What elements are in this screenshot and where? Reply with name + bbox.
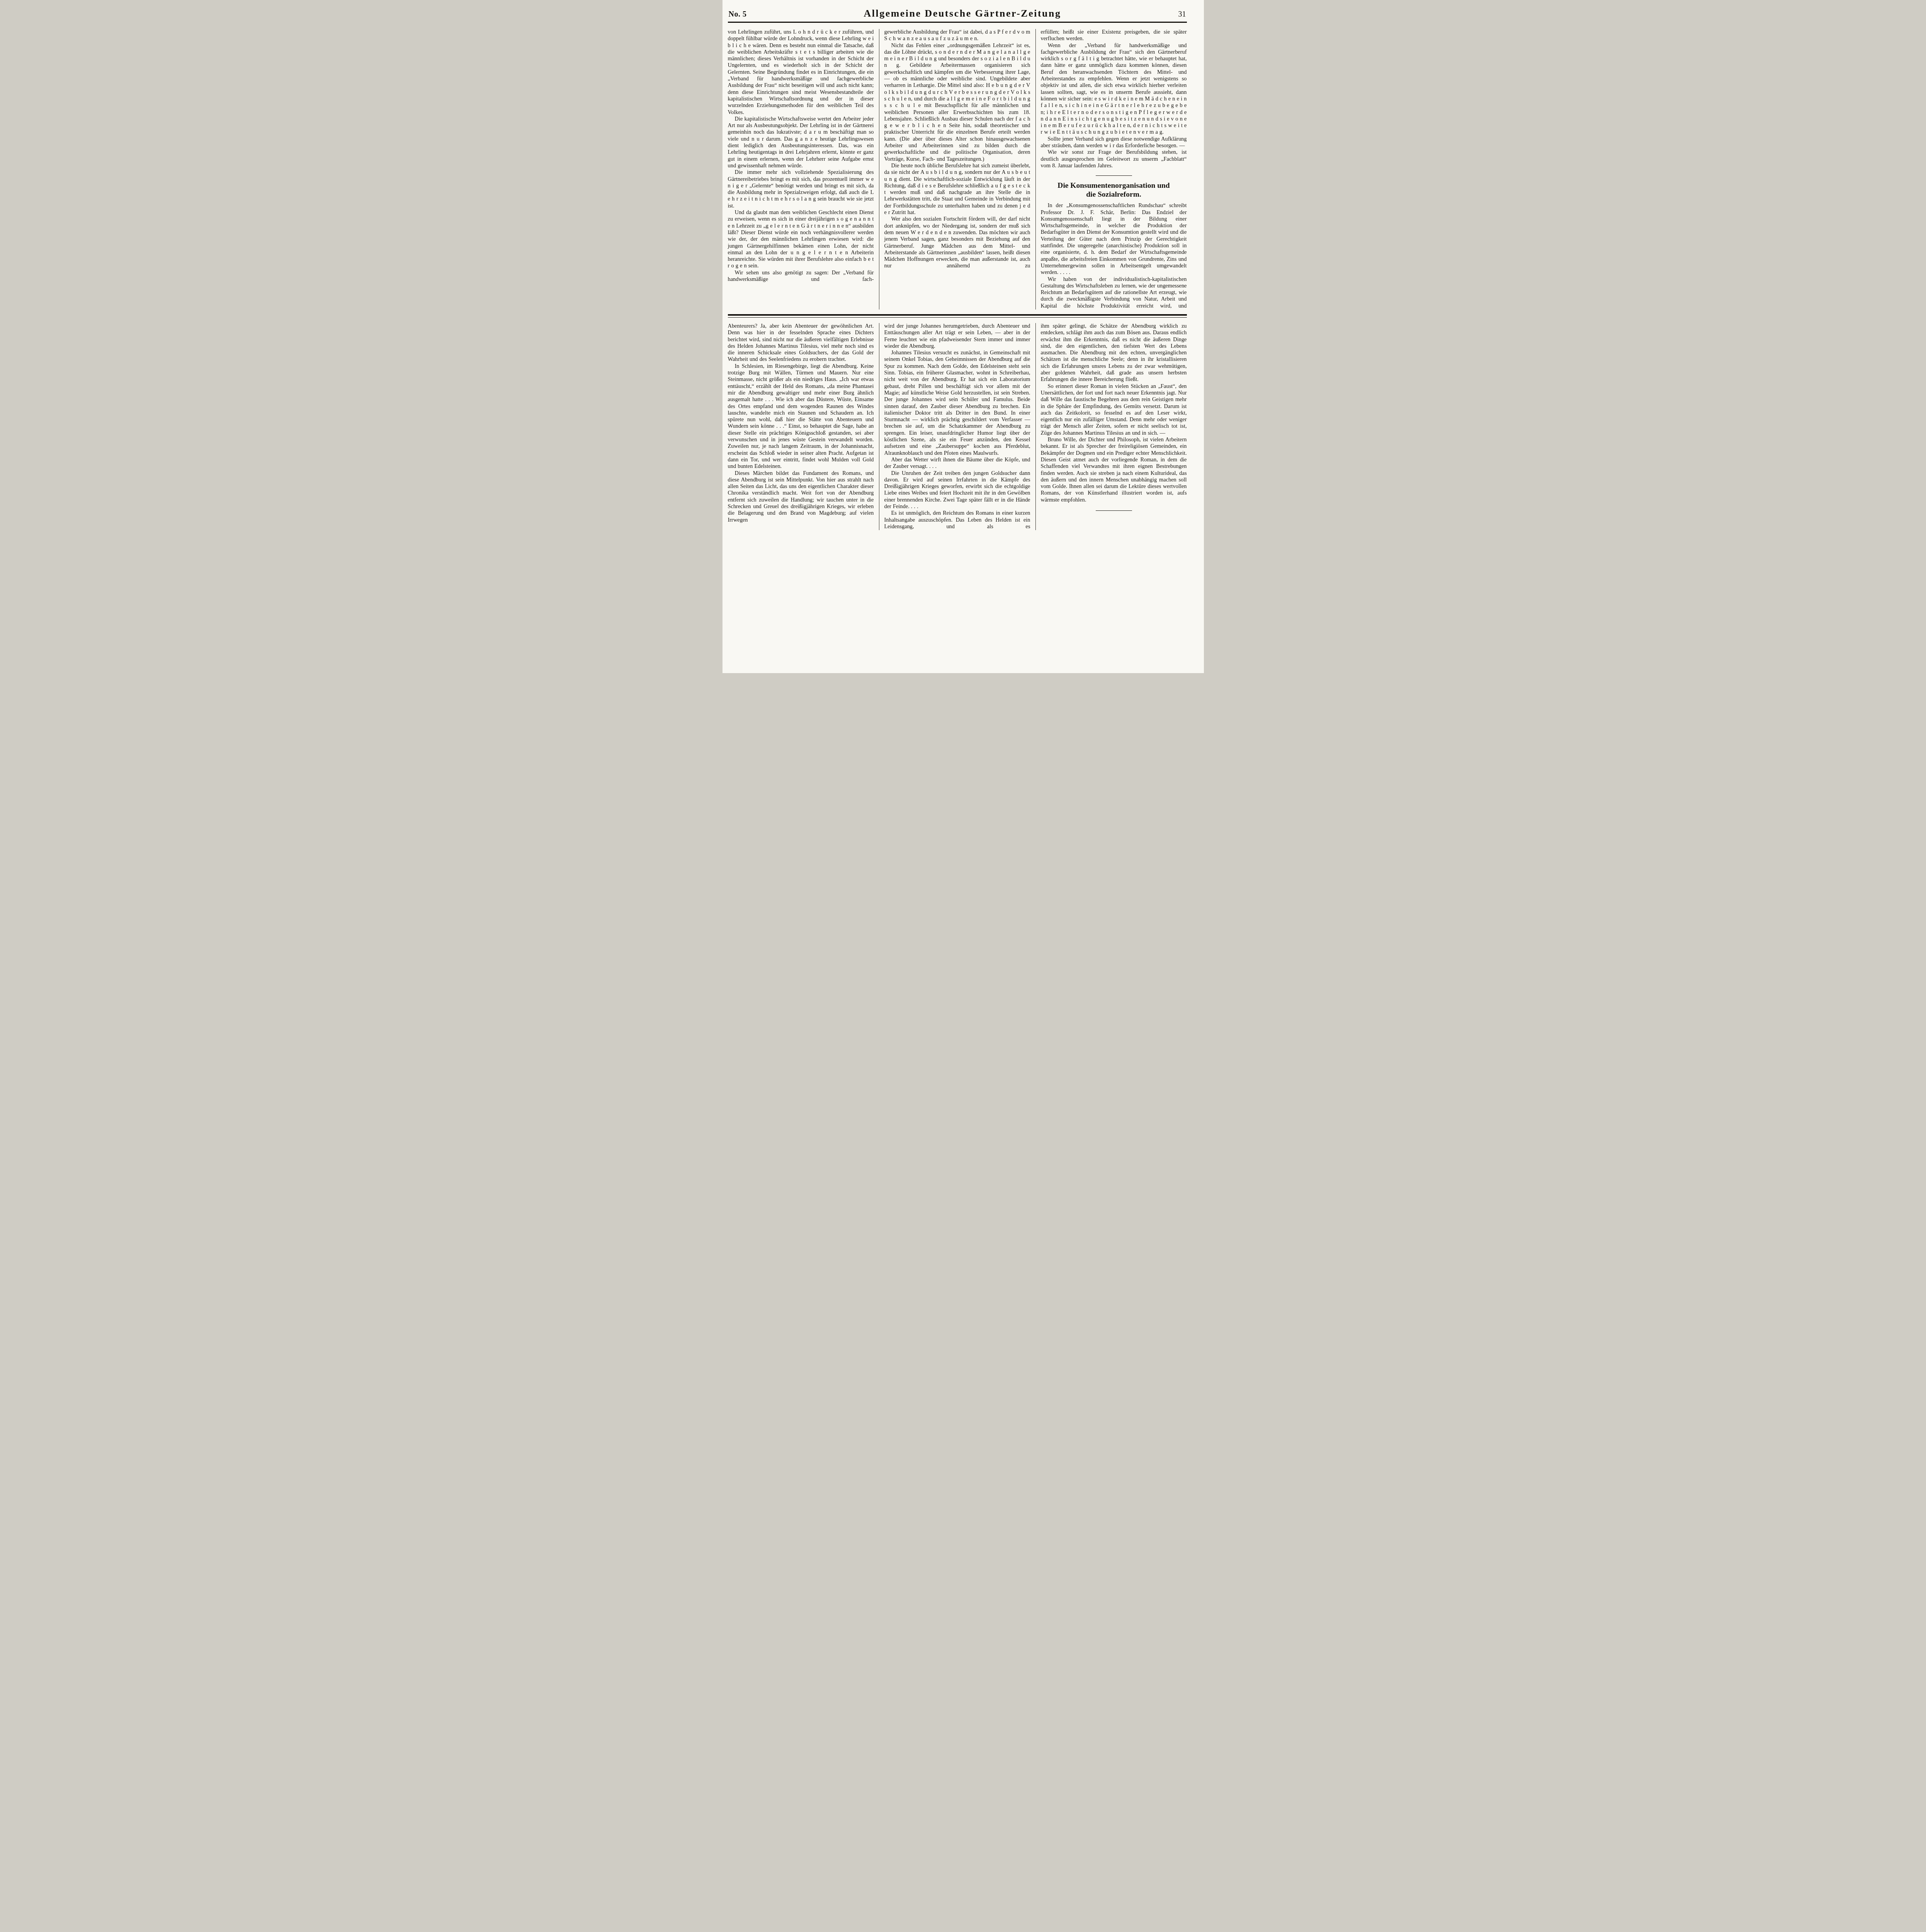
article-heading-line-1: Die Konsumentenorganisation und bbox=[1041, 181, 1187, 190]
paragraph: von Lehrlingen zuführt, uns L o h n d r … bbox=[728, 29, 874, 116]
paragraph: In Schlesien, im Riesengebirge, liegt di… bbox=[728, 363, 874, 470]
top-column-1: von Lehrlingen zuführt, uns L o h n d r … bbox=[728, 29, 879, 310]
top-section: von Lehrlingen zuführt, uns L o h n d r … bbox=[728, 29, 1187, 310]
paragraph: erfüllen; heißt sie einer Existenz preis… bbox=[1041, 29, 1187, 43]
paragraph: Aber das Wetter wirft ihnen die Bäume üb… bbox=[884, 457, 1030, 470]
section-divider-rule bbox=[728, 314, 1187, 318]
paragraph: Die Unruhen der Zeit treiben den jungen … bbox=[884, 470, 1030, 510]
paragraph: Wie wir sonst zur Frage der Berufsbildun… bbox=[1041, 149, 1187, 169]
bottom-column-3: ihm später gelingt, die Schätze der Aben… bbox=[1035, 323, 1187, 530]
top-column-2: gewerbliche Ausbildung der Frau“ ist dab… bbox=[879, 29, 1035, 310]
page-number: 31 bbox=[1178, 10, 1186, 19]
bottom-column-2: wird der junge Johannes herumgetrieben, … bbox=[879, 323, 1035, 530]
article-separator-rule bbox=[1096, 175, 1132, 176]
paragraph: Johannes Tilesius versucht es zunächst, … bbox=[884, 350, 1030, 457]
bottom-section: Abenteurers? Ja, aber kein Abenteuer der… bbox=[728, 323, 1187, 530]
paragraph: So erinnert dieser Roman in vielen Stück… bbox=[1041, 383, 1187, 437]
paragraph: Wer also den sozialen Fortschritt förder… bbox=[884, 216, 1030, 269]
paragraph: Die kapitalistische Wirtschaftsweise wer… bbox=[728, 116, 874, 169]
paragraph: Die immer mehr sich vollziehende Spezial… bbox=[728, 169, 874, 209]
newspaper-page: No. 5 Allgemeine Deutsche Gärtner-Zeitun… bbox=[722, 0, 1204, 673]
article-heading-line-2: die Sozialreform. bbox=[1041, 190, 1187, 199]
paragraph: Die heute noch übliche Berufslehre hat s… bbox=[884, 163, 1030, 216]
paragraph: Es ist unmöglich, den Reichtum des Roman… bbox=[884, 510, 1030, 530]
paragraph: Abenteurers? Ja, aber kein Abenteuer der… bbox=[728, 323, 874, 363]
article-heading: Die Konsumentenorganisation und die Sozi… bbox=[1041, 181, 1187, 199]
page-header: No. 5 Allgemeine Deutsche Gärtner-Zeitun… bbox=[728, 3, 1187, 21]
paragraph: In der „Konsumgenossenschaftlichen Runds… bbox=[1041, 202, 1187, 276]
paragraph: Wenn der „Verband für handwerksmäßige un… bbox=[1041, 43, 1187, 136]
masthead-title: Allgemeine Deutsche Gärtner-Zeitung bbox=[864, 8, 1061, 19]
paragraph: wird der junge Johannes herumgetrieben, … bbox=[884, 323, 1030, 350]
paragraph: Nicht das Fehlen einer „ordnungsgemäßen … bbox=[884, 43, 1030, 163]
paragraph: gewerbliche Ausbildung der Frau“ ist dab… bbox=[884, 29, 1030, 43]
top-column-3: erfüllen; heißt sie einer Existenz preis… bbox=[1035, 29, 1187, 310]
issue-number: No. 5 bbox=[729, 10, 747, 19]
bottom-column-1: Abenteurers? Ja, aber kein Abenteuer der… bbox=[728, 323, 879, 530]
article-end-rule bbox=[1096, 510, 1132, 511]
paragraph: Wir haben von der individualistisch-kapi… bbox=[1041, 276, 1187, 310]
paragraph: Und da glaubt man dem weiblichen Geschle… bbox=[728, 209, 874, 270]
paragraph: Wir sehen uns also genötigt zu sagen: De… bbox=[728, 270, 874, 283]
paragraph: ihm später gelingt, die Schätze der Aben… bbox=[1041, 323, 1187, 383]
paragraph: Bruno Wille, der Dichter und Philosoph, … bbox=[1041, 437, 1187, 503]
header-rule bbox=[728, 22, 1187, 23]
paragraph: Sollte jener Verband sich gegen diese no… bbox=[1041, 136, 1187, 150]
paragraph: Dieses Märchen bildet das Fundament des … bbox=[728, 470, 874, 524]
